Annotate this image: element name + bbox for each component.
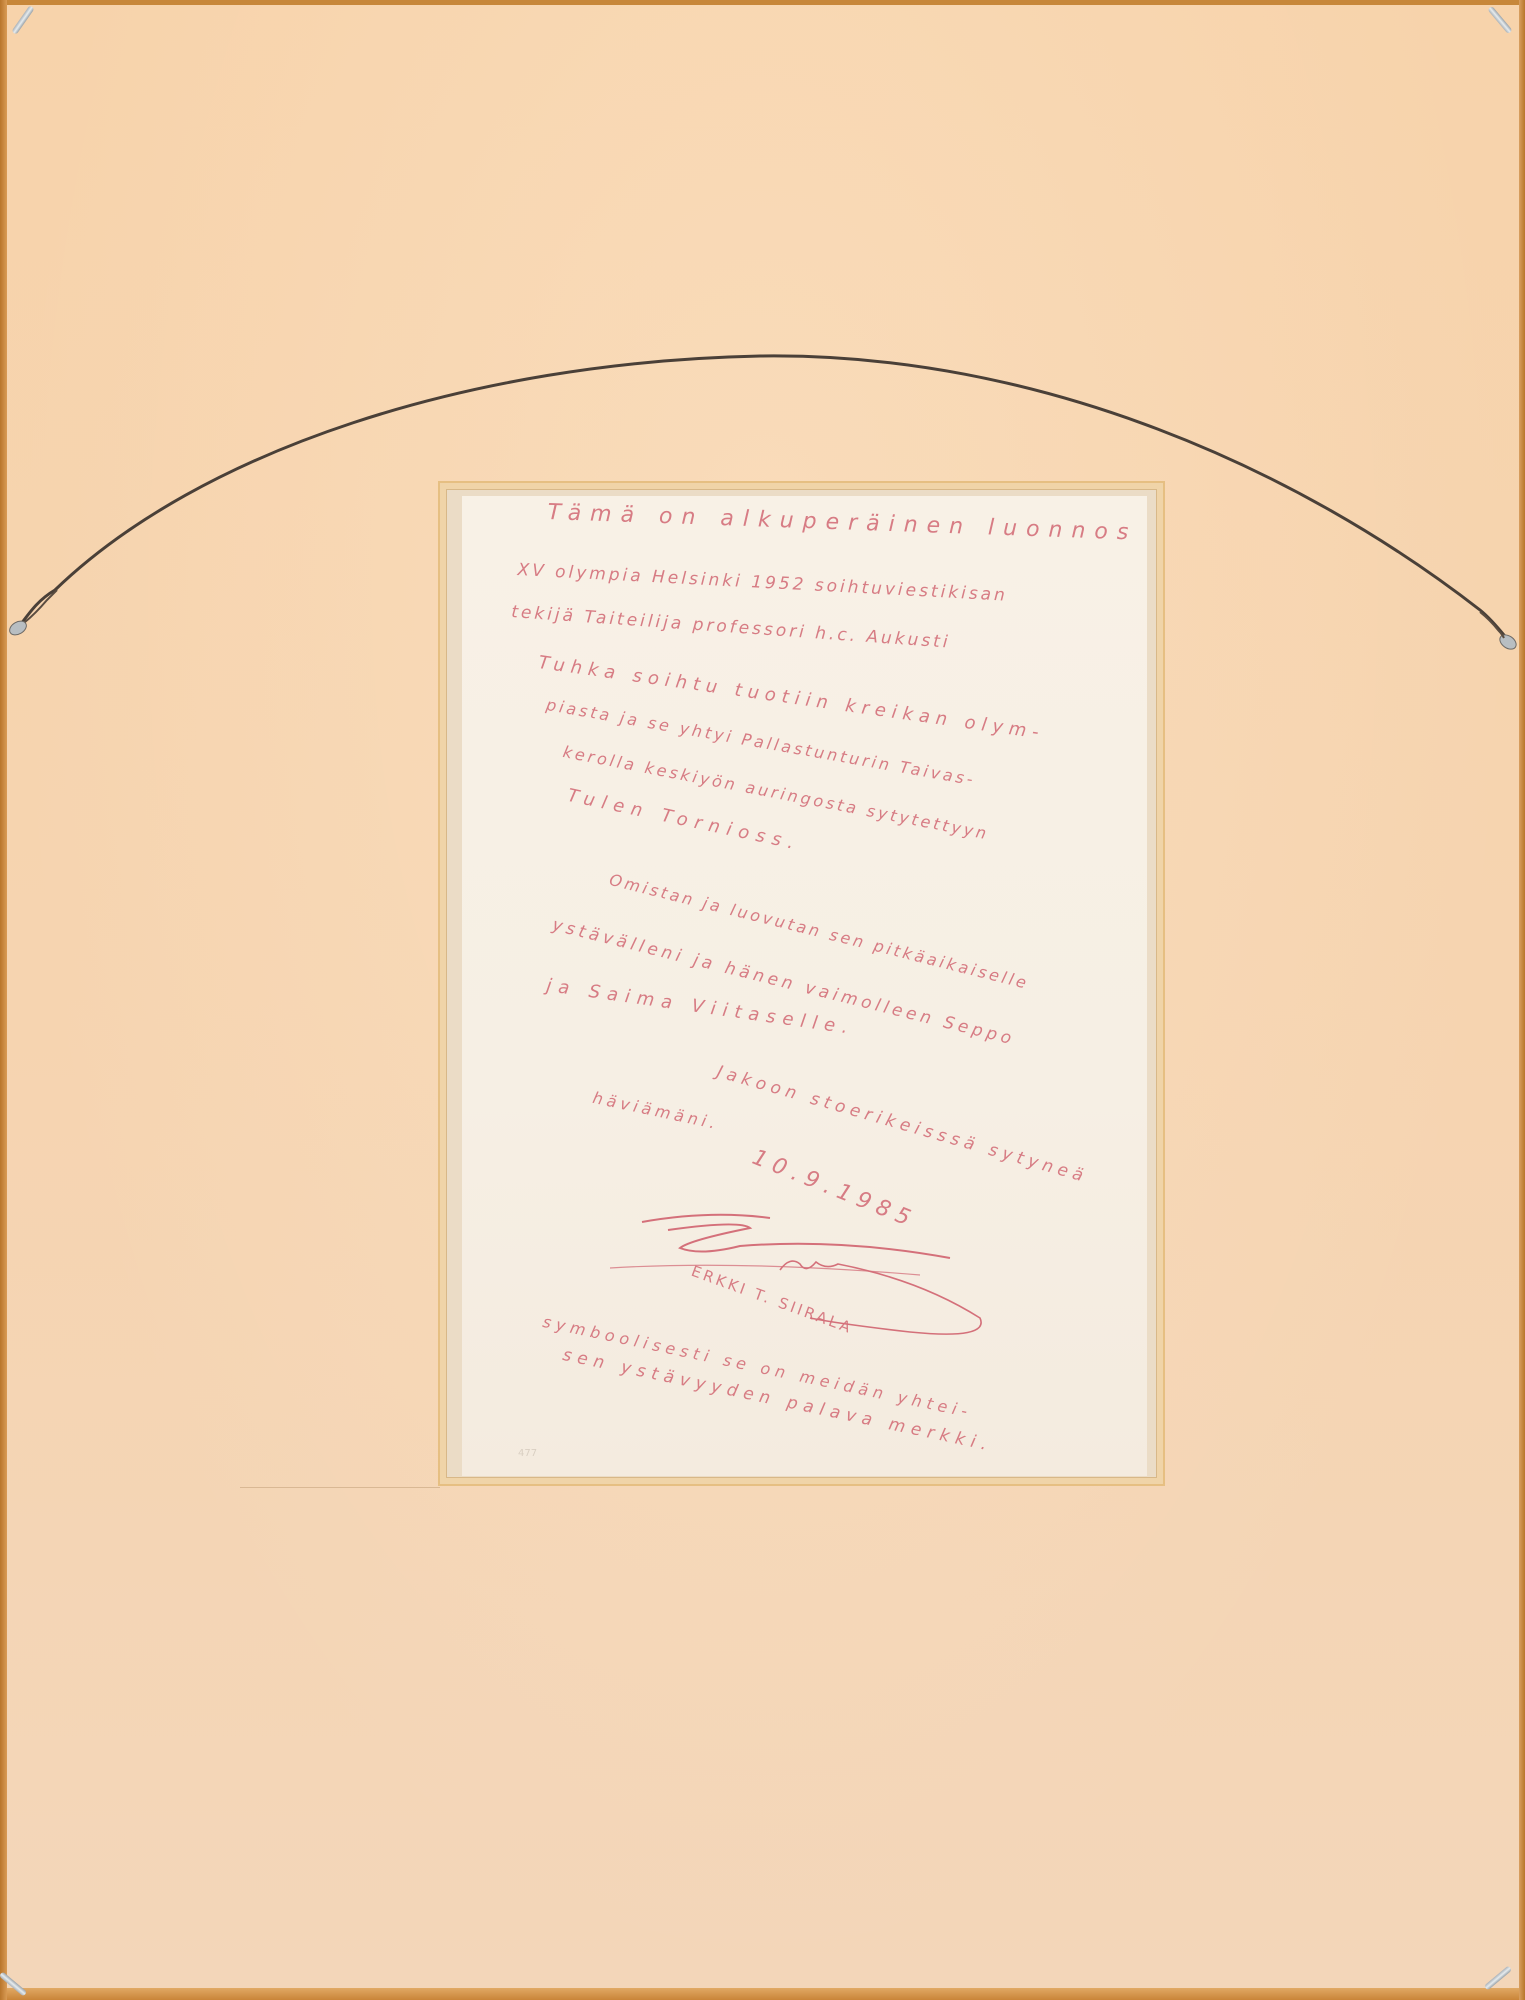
pencil-catalog-number: 477 — [518, 1448, 537, 1459]
signature-scribble — [590, 1200, 1010, 1350]
hanging-wire — [0, 0, 1525, 700]
pencil-guide-line — [240, 1487, 440, 1488]
frame-edge-bottom — [0, 1988, 1525, 2000]
